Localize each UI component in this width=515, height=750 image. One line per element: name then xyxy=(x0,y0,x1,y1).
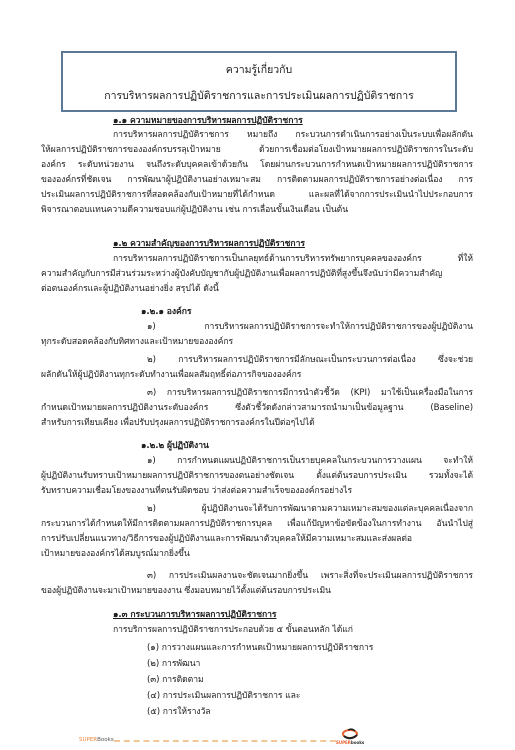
subsection-1-2-1-heading: ๑.๒.๑ องค์กร xyxy=(141,305,515,319)
list-item-line: กระบวนการได้กำหนดให้มีการติดตามผลการปฏิบ… xyxy=(41,517,473,531)
list-item-line: ๒) ผู้ปฏิบัติงานจะได้รับการพัฒนาตามความเ… xyxy=(147,502,473,516)
list-item-line: ๓) การประเมินผลงานจะชัดเจนมากยิ่งขึ้น เพ… xyxy=(147,569,473,583)
list-item-line: ๑) การกำหนดแผนปฏิบัติราชการเป็นรายบุคคลใ… xyxy=(147,454,473,468)
title-line-1: ความรู้เกี่ยวกับ xyxy=(63,61,455,78)
step-item: (๓) การติดตาม xyxy=(147,673,515,687)
subsection-1-2-2-heading: ๑.๒.๒ ผู้ปฏิบัติงาน xyxy=(141,439,515,453)
document-page: ความรู้เกี่ยวกับ การบริหารผลการปฏิบัติรา… xyxy=(0,0,515,750)
section-1-3-heading: ๑.๓ กระบวนการบริหารผลการปฏิบัติราชการ xyxy=(113,608,515,622)
list-item-line: ผู้ปฏิบัติงานรับทราบเป้าหมายผลการปฏิบัติ… xyxy=(41,469,473,483)
paragraph-line: ให้ผลการปฏิบัติราชการขององค์กรบรรลุเป้าห… xyxy=(41,143,473,157)
paragraph-line: การบริหารผลการปฏิบัติราชการ หมายถึง กระบ… xyxy=(113,128,473,142)
footer-brand-super: SUPER xyxy=(79,737,97,743)
section-1-2-heading: ๑.๒ ความสำคัญของการบริหารผลการปฏิบัติราช… xyxy=(113,237,515,251)
list-item-line: ของผู้ปฏิบัติงานจะมาเป้าหมายของงาน ซึ่งม… xyxy=(41,584,473,598)
logo-text-books: books xyxy=(351,740,364,745)
list-item-line: เป้าหมายขององค์กรได้สมบูรณ์มากยิ่งขึ้น xyxy=(41,547,473,561)
paragraph-line: องค์กร ระดับหน่วยงาน จนถึงระดับบุคคลเข้า… xyxy=(41,158,473,172)
footer-divider xyxy=(114,740,336,742)
paragraph-line: ประเมินผลการปฏิบัติราชการที่สอดคล้องกับเ… xyxy=(41,188,473,202)
list-item-line: ๒) การบริหารผลการปฏิบัติราชการมีลักษณะเป… xyxy=(147,353,473,367)
list-item-line: ๑) การบริหารผลการปฏิบัติราชการจะทำให้การ… xyxy=(147,320,473,334)
footer-brand-books: Books xyxy=(97,737,114,743)
paragraph-line: ต่อตนองค์กรและผู้ปฏิบัติงานอย่างยิ่ง สรุ… xyxy=(41,282,473,296)
list-item-line: ทุกระดับสอดคล้องกับทิศทางและเป้าหมายของอ… xyxy=(41,335,473,349)
step-item: (๑) การวางแผนและการกำหนดเป้าหมายผลการปฏิ… xyxy=(147,641,515,655)
step-item: (๒) การพัฒนา xyxy=(147,657,515,671)
list-item-line: กำหนดเป้าหมายผลการปฏิบัติงานระดับองค์กร … xyxy=(41,401,473,415)
step-item: (๔) การประเมินผลการปฏิบัติราชการ และ xyxy=(147,689,515,703)
title-box: ความรู้เกี่ยวกับ การบริหารผลการปฏิบัติรา… xyxy=(61,51,457,112)
list-item-line: รับทราบความเชื่อมโยงของงานที่ตนรับผิดชอบ… xyxy=(41,484,473,498)
step-item: (๕) การให้รางวัล xyxy=(147,705,515,719)
paragraph-line: การบริหารผลการปฏิบัติราชการเป็นกลยุทธ์ด้… xyxy=(113,252,473,266)
footer-brand: SUPERBooks xyxy=(79,737,114,743)
list-item-line: ๓) การบริหารผลการปฏิบัติราชการมีการนำตัว… xyxy=(147,386,473,400)
list-item-line: ผลักดันให้ผู้ปฏิบัติงานทุกระดับทำงานเพื่… xyxy=(41,368,473,382)
list-item-line: การปรับเปลี่ยนแนวทาง/วิธีการของผู้ปฏิบัต… xyxy=(41,532,473,546)
paragraph-line: ขององค์กรที่ชัดเจน การพัฒนาผู้ปฏิบัติงาน… xyxy=(41,173,473,187)
title-line-2: การบริหารผลการปฏิบัติราชการและการประเมิน… xyxy=(63,87,455,104)
logo-text: SUPERbooks xyxy=(336,740,364,745)
paragraph-line: พิจารณาตอบแทนความดีความชอบแก่ผู้ปฏิบัติง… xyxy=(41,203,473,217)
paragraph-line: การบริการผลการปฏิบัติราชการประกอบด้วย ๕ … xyxy=(113,623,515,637)
section-1-1-heading: ๑.๑ ความหมายของการบริหารผลการปฏิบัติราชก… xyxy=(113,114,515,128)
list-item-line: สำหรับการเทียบเคียง เพื่อปรับปรุงผลการปฏ… xyxy=(41,416,473,430)
logo-text-super: SUPER xyxy=(336,740,351,745)
paragraph-line: ความสำคัญกับการมีส่วนร่วมระหว่างผู้บังคั… xyxy=(41,267,473,281)
